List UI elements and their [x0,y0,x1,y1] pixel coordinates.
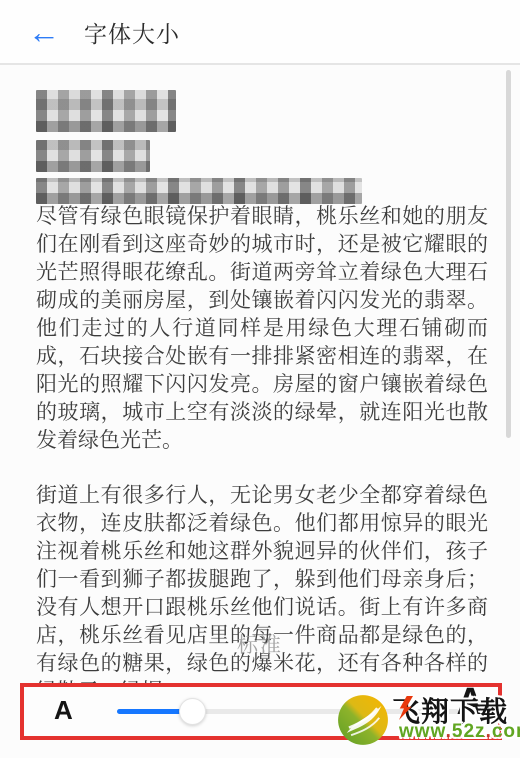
preview-paragraph-1: 尽管有绿色眼镜保护着眼睛，桃乐丝和她的朋友们在刚看到这座奇妙的城市时，还是被它耀… [36,203,488,455]
small-font-label: A [54,695,73,726]
slider-thumb[interactable] [179,698,206,725]
redacted-text-line-2 [36,140,150,172]
redacted-text-line-3 [36,178,362,204]
preview-paragraph-2: 街道上有很多行人，无论男女老少全都穿着绿色衣物，连皮肤都泛着绿色。他们都用惊异的… [36,482,488,706]
scrollbar[interactable] [506,70,511,438]
back-button[interactable]: ← [22,10,66,54]
watermark: 飞翔下载 www.52z.com [337,688,517,752]
header: ← 字体大小 [0,0,520,63]
redacted-text-line-1 [36,90,176,132]
font-size-settings-screen: ← 字体大小 尽管有绿色眼镜保护着眼睛，桃乐丝和她的朋友们在刚看到这座奇妙的城市… [0,0,520,758]
watermark-site-url: www.52z.com [399,721,520,743]
header-divider [0,63,520,65]
back-arrow-icon: ← [28,16,60,48]
page-title: 字体大小 [84,16,180,49]
font-size-current-label: 标准 [0,629,520,659]
watermark-leaf-logo-icon [337,694,389,746]
